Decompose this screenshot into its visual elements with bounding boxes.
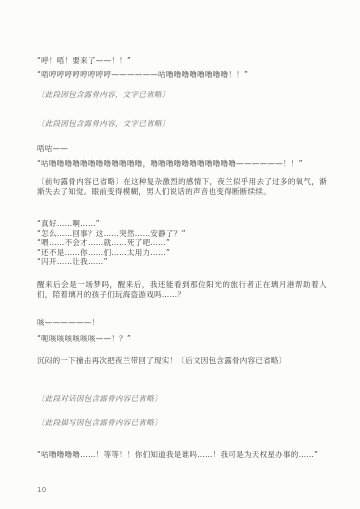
dialogue-line: “真好……啊……” <box>37 219 327 229</box>
paragraph-redacted: 〔此段对话因包含露骨内容已省略〕 <box>37 394 327 413</box>
dialogue-line: “呼！唔！要来了——！！” <box>37 56 327 66</box>
paragraph-redacted: 〔此段描写因包含露骨内容已省略〕 <box>37 418 327 437</box>
paragraph: 〔前句露骨内容已省略〕在这种复杂激烈的感情下，夜兰似乎用去了过多的氧气，渐渐失去… <box>37 177 327 206</box>
paragraph: 沉闷的一下撞击再次把夜兰带回了现实！〔后文因包含露骨内容已省略〕 <box>37 356 327 385</box>
dialogue-line: “闪开……让我……” <box>37 257 327 267</box>
page-content: “呼！唔！要来了——！！” “唔哼哼哼哼哼哼哼哼——————咕噜噜噜噜噜噜噜噜！… <box>0 0 360 460</box>
novel-page: “呼！唔！要来了——！！” “唔哼哼哼哼哼哼哼哼——————咕噜噜噜噜噜噜噜噜！… <box>0 0 360 509</box>
dialogue-line: “怎么……回事？这……突然……安静了？” <box>37 229 327 239</box>
dialogue-line: “喂……不会才……就……死了吧……” <box>37 238 327 248</box>
dialogue-line: “唔哼哼哼哼哼哼哼哼——————咕噜噜噜噜噜噜噜噜！！” <box>37 70 327 80</box>
page-number: 10 <box>37 486 47 494</box>
dialogue-line: “咕噜噜噜噜……！等等！！你们知道我是谁吗……！我可是为天权星办事的……” <box>37 450 327 460</box>
paragraph-redacted: 〔此段因包含露骨内容，文字已省略〕 <box>37 119 327 138</box>
paragraph-redacted: 〔此段因包含露骨内容，文字已省略〕 <box>37 90 327 119</box>
paragraph: 醒来后会是一场梦吗，醒来后，我还能看到那位阳光的旅行者正在璃月港帮助着人们，陪着… <box>37 280 327 300</box>
dialogue-line: “呃咳咳咳咳咳咳——！？” <box>37 334 327 344</box>
interjection-line: 咳——————！ <box>37 318 327 328</box>
dialogue-line: “咕噜噜噜噜噜噜噜噜噜噜噜噜，噜噜噜噜噜噜噜噜噜噜噜——————！！” <box>37 159 327 169</box>
dialogue-line: “还不是……你……们……太用力……” <box>37 248 327 258</box>
interjection-line: 唔咕—— <box>37 144 327 154</box>
